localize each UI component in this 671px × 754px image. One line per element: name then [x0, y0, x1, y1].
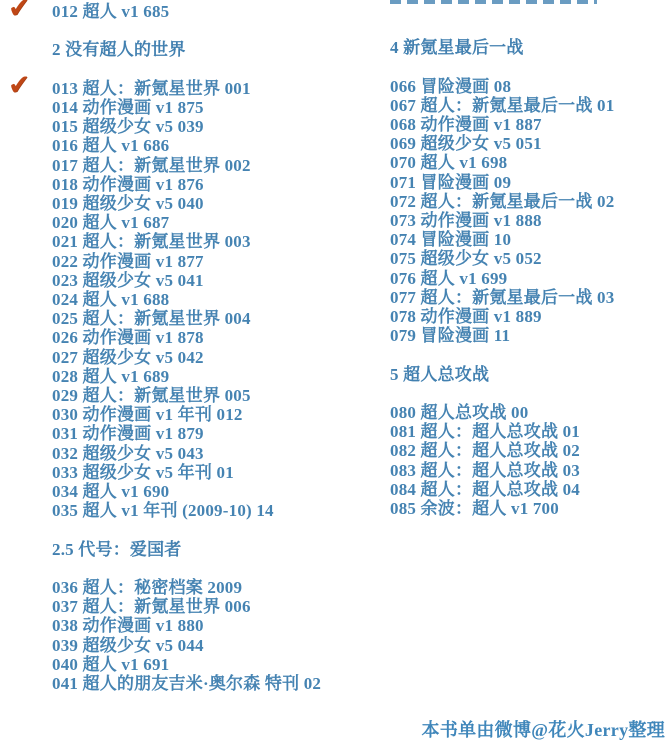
list-item: 083 超人：超人总攻战 03 [390, 461, 670, 480]
list-item: 033 超级少女 v5 年刊 01 [52, 463, 392, 482]
item-text: 035 超人 v1 年刊 (2009-10) 14 [52, 501, 274, 520]
list-item: 031 动作漫画 v1 879 [52, 424, 392, 443]
list-item: 030 动作漫画 v1 年刊 012 [52, 405, 392, 424]
list-item: 028 超人 v1 689 [52, 367, 392, 386]
list-item: 019 超级少女 v5 040 [52, 194, 392, 213]
item-text: 076 超人 v1 699 [390, 269, 507, 288]
item-text: 022 动作漫画 v1 877 [52, 252, 204, 271]
list-item: 077 超人：新氪星最后一战 03 [390, 288, 670, 307]
list-item: 023 超级少女 v5 041 [52, 271, 392, 290]
item-text: 078 动作漫画 v1 889 [390, 307, 542, 326]
item-text: 023 超级少女 v5 041 [52, 271, 204, 290]
item-text: 084 超人：超人总攻战 04 [390, 480, 580, 499]
item-text: 068 动作漫画 v1 887 [390, 115, 542, 134]
item-text: 019 超级少女 v5 040 [52, 194, 204, 213]
item-text: 031 动作漫画 v1 879 [52, 424, 204, 443]
item-group: ✔013 超人：新氪星世界 001014 动作漫画 v1 875015 超级少女… [52, 79, 392, 521]
item-text: 080 超人总攻战 00 [390, 403, 528, 422]
item-group: 036 超人：秘密档案 2009037 超人：新氪星世界 006038 动作漫画… [52, 578, 392, 693]
item-text: 040 超人 v1 691 [52, 655, 169, 674]
list-item: 017 超人：新氪星世界 002 [52, 156, 392, 175]
item-text: 041 超人的朋友吉米·奥尔森 特刊 02 [52, 674, 321, 693]
item-text: 014 动作漫画 v1 875 [52, 98, 204, 117]
credit-line: 本书单由微博@花火Jerry整理 [421, 716, 665, 742]
list-item: 041 超人的朋友吉米·奥尔森 特刊 02 [52, 674, 392, 693]
list-item: 020 超人 v1 687 [52, 213, 392, 232]
list-item: 072 超人：新氪星最后一战 02 [390, 192, 670, 211]
list-item: 015 超级少女 v5 039 [52, 117, 392, 136]
item-text: 066 冒险漫画 08 [390, 77, 511, 96]
section-header: 5 超人总攻战 [390, 365, 670, 384]
list-item: ✔013 超人：新氪星世界 001 [52, 79, 392, 98]
item-text: 038 动作漫画 v1 880 [52, 616, 204, 635]
list-item: 032 超级少女 v5 043 [52, 444, 392, 463]
list-item: 066 冒险漫画 08 [390, 77, 670, 96]
item-text: 067 超人：新氪星最后一战 01 [390, 96, 614, 115]
list-item: 038 动作漫画 v1 880 [52, 616, 392, 635]
right-column: 4 新氪星最后一战066 冒险漫画 08067 超人：新氪星最后一战 01068… [390, 19, 670, 518]
item-text: 016 超人 v1 686 [52, 136, 169, 155]
item-text: 074 冒险漫画 10 [390, 230, 511, 249]
list-item: 039 超级少女 v5 044 [52, 636, 392, 655]
list-item: 029 超人：新氪星世界 005 [52, 386, 392, 405]
list-item: 081 超人：超人总攻战 01 [390, 422, 670, 441]
item-text: 083 超人：超人总攻战 03 [390, 461, 580, 480]
section-header: 2.5 代号：爱国者 [52, 540, 392, 559]
item-text: 069 超级少女 v5 051 [390, 134, 542, 153]
list-item: 076 超人 v1 699 [390, 269, 670, 288]
item-text: 027 超级少女 v5 042 [52, 348, 204, 367]
item-text: 082 超人：超人总攻战 02 [390, 441, 580, 460]
check-icon: ✔ [7, 0, 32, 23]
list-item: 014 动作漫画 v1 875 [52, 98, 392, 117]
item-text: 039 超级少女 v5 044 [52, 636, 204, 655]
item-text: 017 超人：新氪星世界 002 [52, 156, 251, 175]
list-item: 025 超人：新氪星世界 004 [52, 309, 392, 328]
item-text: 072 超人：新氪星最后一战 02 [390, 192, 614, 211]
section-header-text: 5 超人总攻战 [390, 365, 489, 384]
list-item: 067 超人：新氪星最后一战 01 [390, 96, 670, 115]
item-text: 077 超人：新氪星最后一战 03 [390, 288, 614, 307]
list-item: ✔012 超人 v1 685 [52, 2, 392, 21]
item-text: 070 超人 v1 698 [390, 153, 507, 172]
item-text: 026 动作漫画 v1 878 [52, 328, 204, 347]
list-item: 018 动作漫画 v1 876 [52, 175, 392, 194]
list-item: 070 超人 v1 698 [390, 153, 670, 172]
item-text: 024 超人 v1 688 [52, 290, 169, 309]
item-text: 034 超人 v1 690 [52, 482, 169, 501]
list-item: 035 超人 v1 年刊 (2009-10) 14 [52, 501, 392, 520]
item-text: 073 动作漫画 v1 888 [390, 211, 542, 230]
list-item: 021 超人：新氪星世界 003 [52, 232, 392, 251]
item-text: 075 超级少女 v5 052 [390, 249, 542, 268]
item-text: 037 超人：新氪星世界 006 [52, 597, 251, 616]
item-text: 071 冒险漫画 09 [390, 173, 511, 192]
item-text: 033 超级少女 v5 年刊 01 [52, 463, 234, 482]
list-item: 080 超人总攻战 00 [390, 403, 670, 422]
clipped-text-fragment [390, 0, 597, 4]
list-item: 079 冒险漫画 11 [390, 326, 670, 345]
list-item: 085 余波：超人 v1 700 [390, 499, 670, 518]
list-item: 040 超人 v1 691 [52, 655, 392, 674]
item-text: 032 超级少女 v5 043 [52, 444, 204, 463]
list-item: 071 冒险漫画 09 [390, 173, 670, 192]
item-text: 030 动作漫画 v1 年刊 012 [52, 405, 243, 424]
list-item: 022 动作漫画 v1 877 [52, 252, 392, 271]
item-group: 080 超人总攻战 00081 超人：超人总攻战 01082 超人：超人总攻战 … [390, 403, 670, 518]
item-text: 081 超人：超人总攻战 01 [390, 422, 580, 441]
section-header: 2 没有超人的世界 [52, 40, 392, 59]
item-text: 015 超级少女 v5 039 [52, 117, 204, 136]
list-item: 037 超人：新氪星世界 006 [52, 597, 392, 616]
item-text: 079 冒险漫画 11 [390, 326, 510, 345]
item-text: 018 动作漫画 v1 876 [52, 175, 204, 194]
list-item: 082 超人：超人总攻战 02 [390, 441, 670, 460]
list-item: 068 动作漫画 v1 887 [390, 115, 670, 134]
item-text: 025 超人：新氪星世界 004 [52, 309, 251, 328]
list-item: 069 超级少女 v5 051 [390, 134, 670, 153]
check-icon: ✔ [7, 71, 32, 100]
reading-list-page: ✔012 超人 v1 6852 没有超人的世界✔013 超人：新氪星世界 001… [0, 0, 671, 754]
item-text: 021 超人：新氪星世界 003 [52, 232, 251, 251]
item-text: 085 余波：超人 v1 700 [390, 499, 559, 518]
section-header-text: 2 没有超人的世界 [52, 40, 186, 59]
list-item: 034 超人 v1 690 [52, 482, 392, 501]
section-header-text: 4 新氪星最后一战 [390, 38, 524, 57]
item-group: ✔012 超人 v1 685 [52, 2, 392, 21]
list-item: 075 超级少女 v5 052 [390, 249, 670, 268]
list-item: 073 动作漫画 v1 888 [390, 211, 670, 230]
item-group: 066 冒险漫画 08067 超人：新氪星最后一战 01068 动作漫画 v1 … [390, 77, 670, 346]
item-text: 029 超人：新氪星世界 005 [52, 386, 251, 405]
item-text: 012 超人 v1 685 [52, 2, 169, 21]
list-item: 027 超级少女 v5 042 [52, 348, 392, 367]
list-item: 026 动作漫画 v1 878 [52, 328, 392, 347]
list-item: 036 超人：秘密档案 2009 [52, 578, 392, 597]
section-header-text: 2.5 代号：爱国者 [52, 540, 182, 559]
item-text: 020 超人 v1 687 [52, 213, 169, 232]
list-item: 016 超人 v1 686 [52, 136, 392, 155]
section-header: 4 新氪星最后一战 [390, 38, 670, 57]
item-text: 036 超人：秘密档案 2009 [52, 578, 242, 597]
item-text: 028 超人 v1 689 [52, 367, 169, 386]
list-item: 074 冒险漫画 10 [390, 230, 670, 249]
list-item: 078 动作漫画 v1 889 [390, 307, 670, 326]
list-item: 024 超人 v1 688 [52, 290, 392, 309]
list-item: 084 超人：超人总攻战 04 [390, 480, 670, 499]
item-text: 013 超人：新氪星世界 001 [52, 79, 251, 98]
left-column: ✔012 超人 v1 6852 没有超人的世界✔013 超人：新氪星世界 001… [52, 2, 392, 693]
